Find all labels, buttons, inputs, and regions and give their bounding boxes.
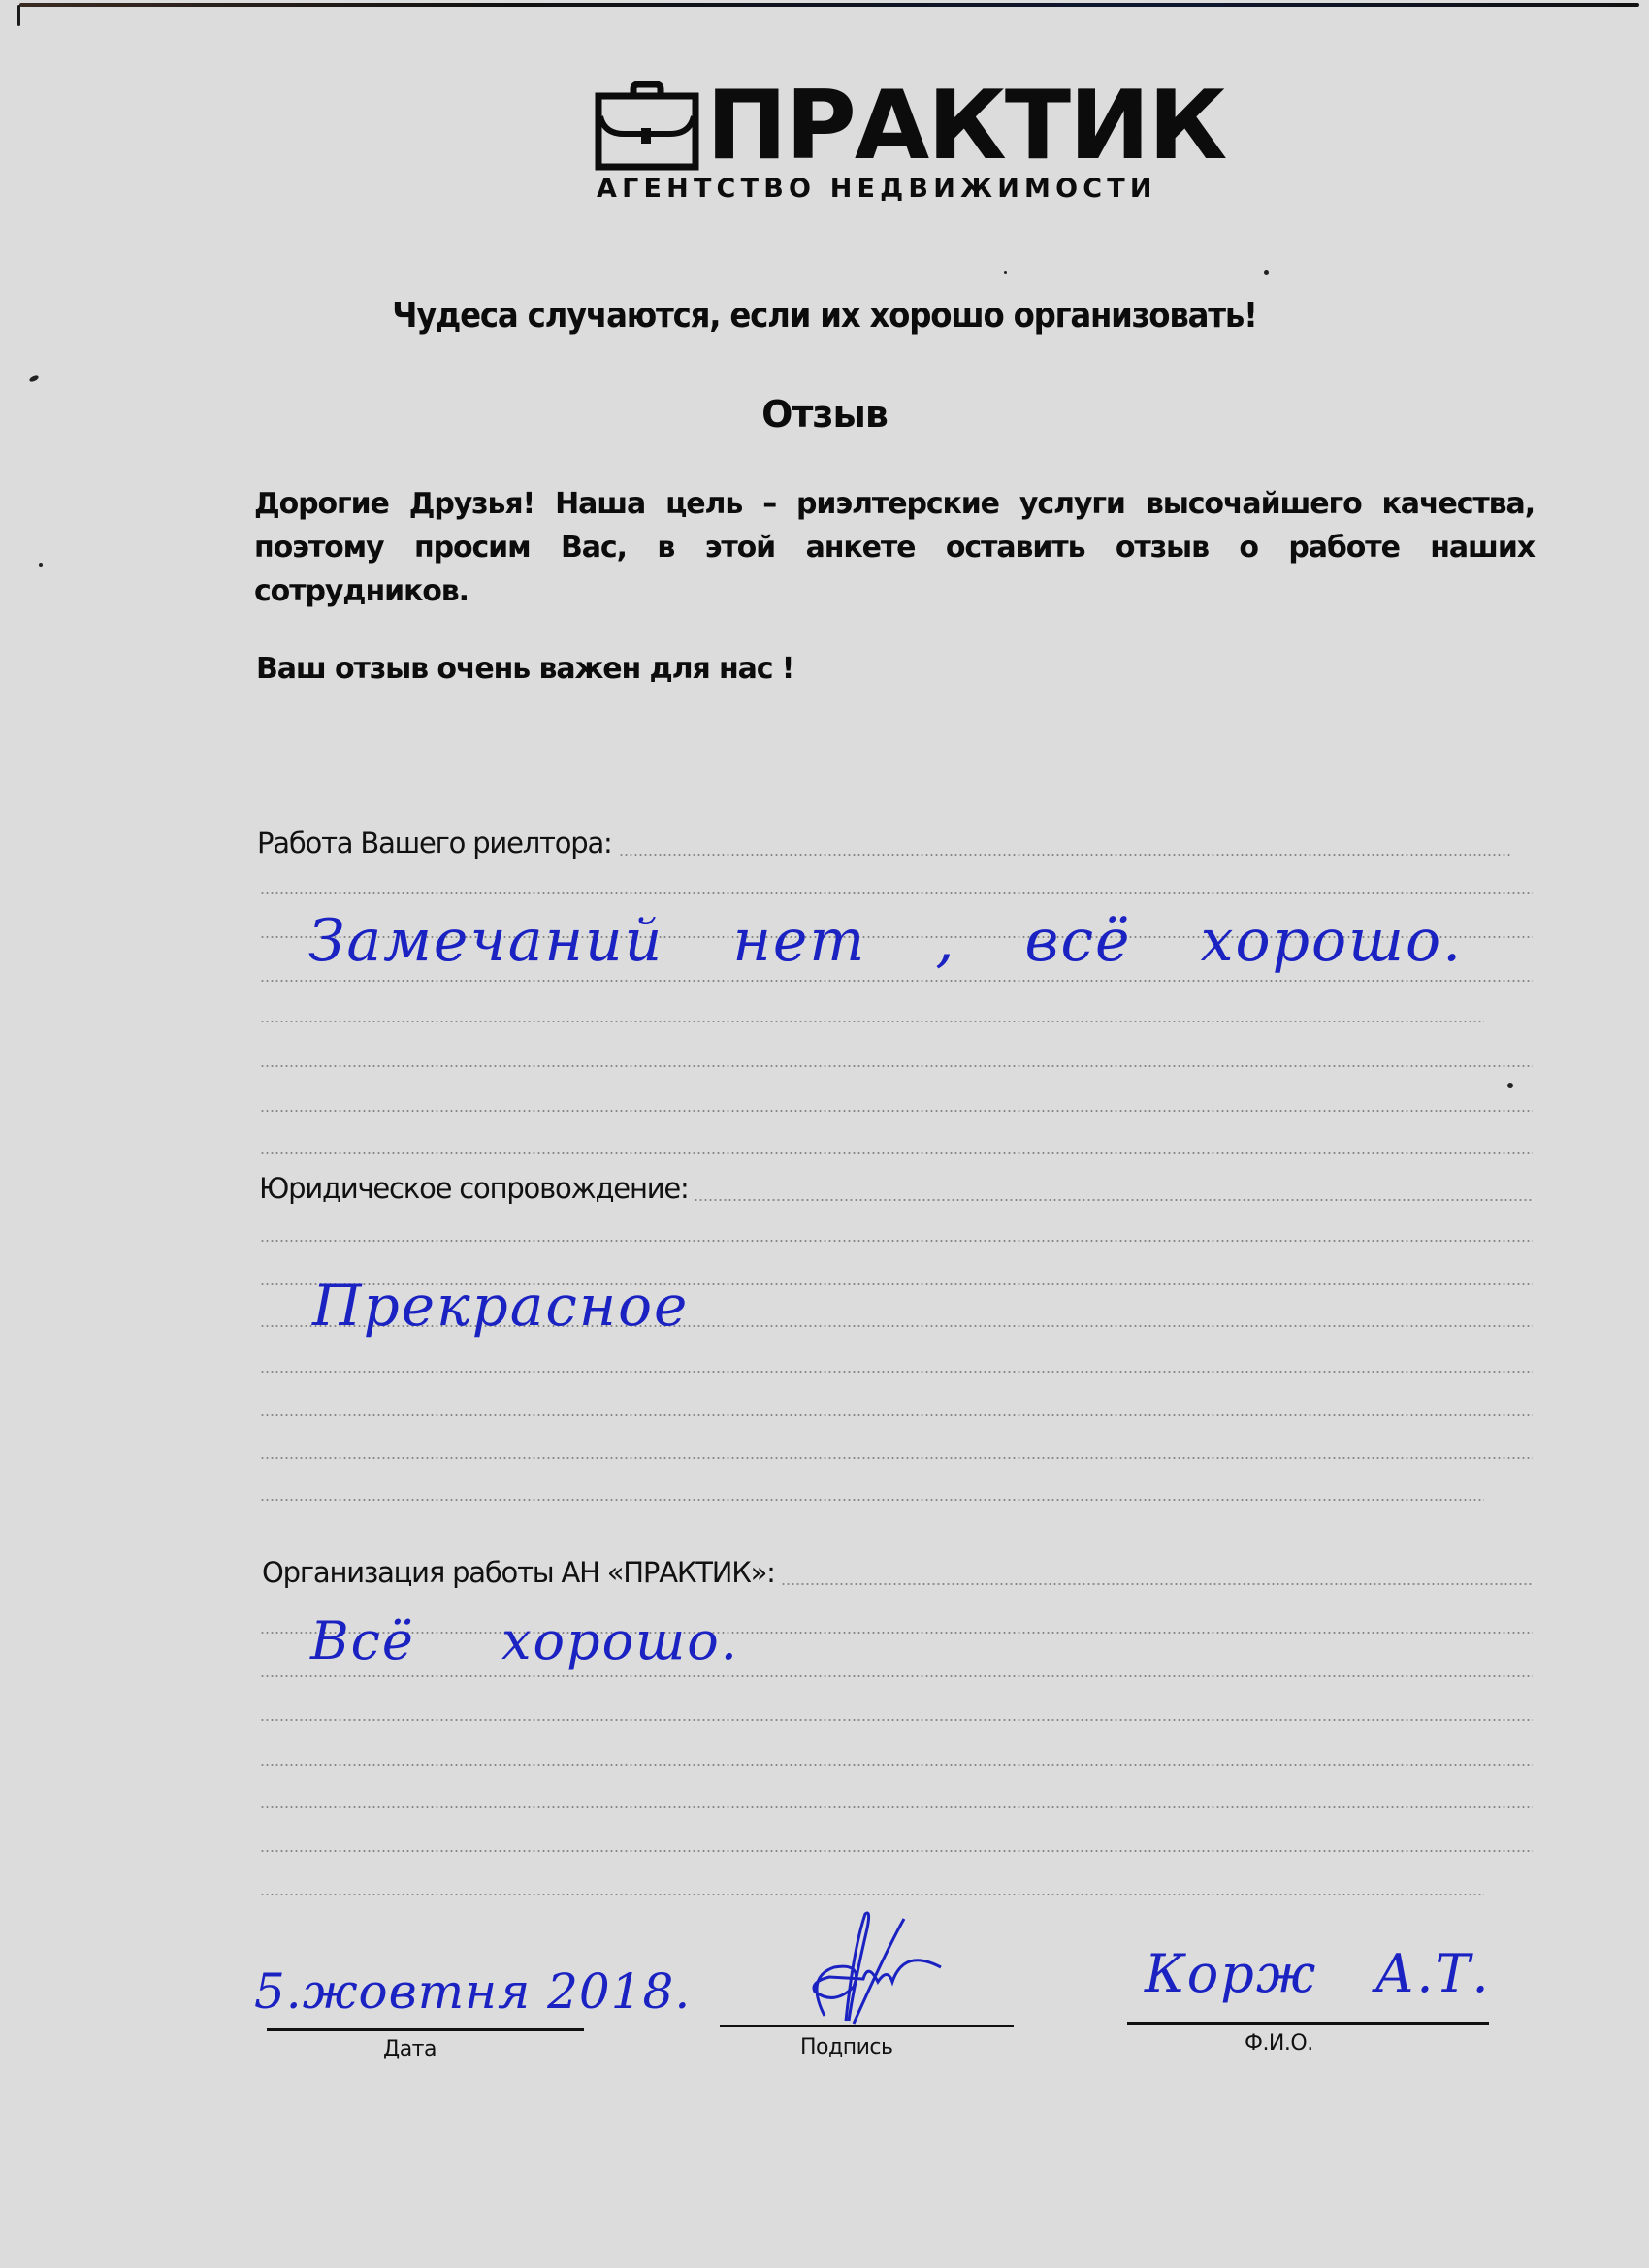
scan-edge-top [19, 3, 1639, 7]
page-title: Отзыв [0, 393, 1649, 436]
name-label: Ф.И.О. [1245, 2031, 1313, 2056]
answer-realtor[interactable]: Замечаний нет , всё хорошо. [308, 907, 1463, 975]
name-line [1127, 2022, 1489, 2025]
intro-paragraph: Дорогие Друзья! Наша цель – риэлтерские … [254, 482, 1535, 613]
scan-speck [1264, 270, 1269, 275]
field-label-realtor: Работа Вашего риелтора: [257, 826, 618, 859]
signature-label: Подпись [800, 2035, 892, 2059]
dotted-line [260, 1719, 1533, 1721]
answer-legal[interactable]: Прекрасное [312, 1273, 689, 1339]
date-label: Дата [383, 2037, 436, 2061]
brand-logo: ПРАКТИК АГЕНТСТВО НЕДВИЖИМОСТИ [592, 80, 1198, 206]
scan-speck [28, 374, 39, 383]
scan-speck [1004, 271, 1007, 274]
briefcase-icon [595, 81, 699, 171]
scan-speck [1507, 1083, 1513, 1088]
dotted-line [260, 892, 1533, 894]
answer-organization[interactable]: Всё хорошо. [310, 1610, 739, 1671]
field-label-legal: Юридическое сопровождение: [259, 1172, 695, 1205]
brand-name: ПРАКТИК [706, 81, 1225, 171]
dotted-line [260, 1240, 1533, 1242]
dotted-line [260, 1675, 1533, 1677]
dotted-line [260, 1499, 1484, 1501]
dotted-line [260, 1850, 1533, 1852]
dotted-line [260, 1457, 1533, 1459]
dotted-line [260, 1414, 1533, 1416]
dotted-line [260, 1065, 1533, 1067]
scan-edge-left [17, 5, 20, 26]
dotted-line [260, 1021, 1484, 1022]
signature-scribble[interactable] [795, 1909, 960, 2030]
signature-line [720, 2025, 1014, 2027]
field-label-organization: Организация работы АН «ПРАКТИК»: [262, 1556, 781, 1589]
date-value[interactable]: 5.жовтня 2018. [254, 1963, 691, 2020]
name-value[interactable]: Корж А.Т. [1145, 1943, 1491, 2004]
dotted-line [260, 1764, 1533, 1766]
slogan: Чудеса случаются, если их хорошо организ… [0, 296, 1649, 336]
dotted-line [260, 1152, 1533, 1154]
intro-note: Ваш отзыв очень важен для нас ! [256, 652, 793, 686]
dotted-line [260, 1806, 1533, 1808]
scan-speck [39, 563, 43, 567]
dotted-line [260, 980, 1533, 982]
date-line [267, 2028, 584, 2031]
dotted-line [260, 1110, 1533, 1112]
dotted-line [260, 1371, 1533, 1373]
dotted-line [260, 1894, 1484, 1895]
brand-subtitle: АГЕНТСТВО НЕДВИЖИМОСТИ [597, 174, 1157, 204]
